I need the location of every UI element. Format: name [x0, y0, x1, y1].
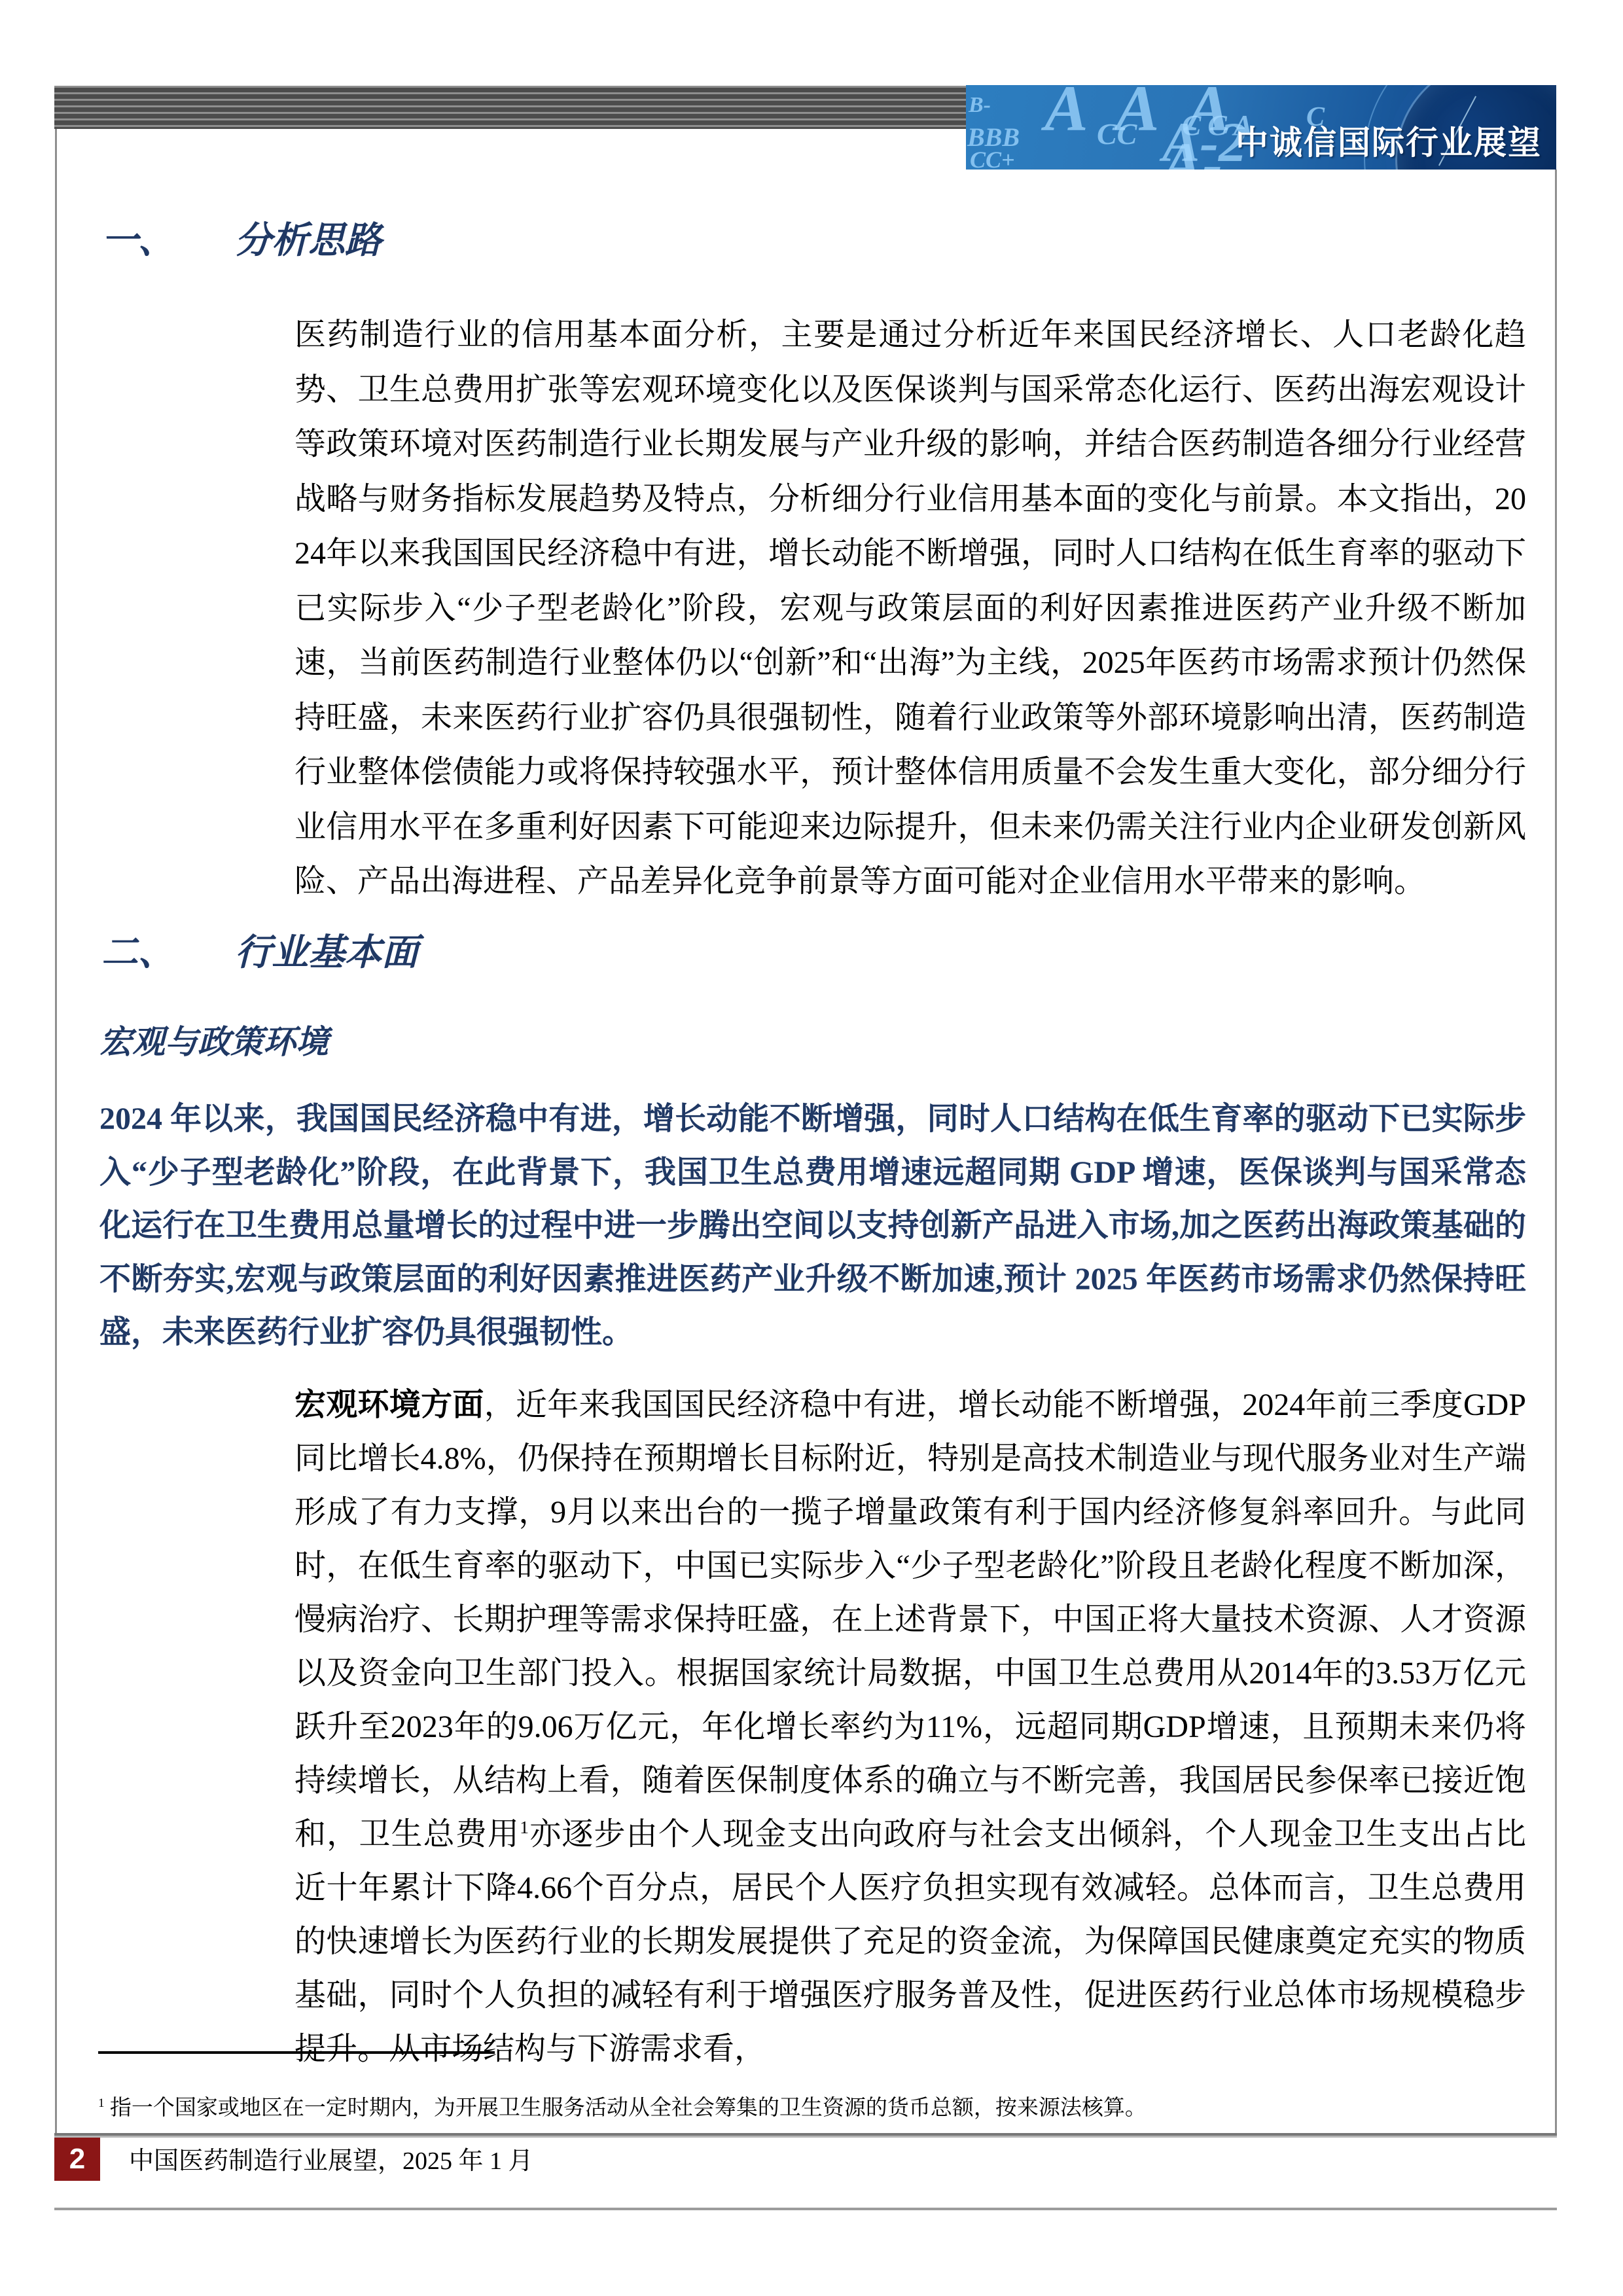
- header-banner: B- AAA CCA BBB CC A-2 C CC+ A- 中诚信国际行业展望: [966, 85, 1556, 170]
- rating-watermark: A-: [1162, 134, 1222, 170]
- footnote-separator: [98, 2051, 495, 2054]
- footer-top-rule: [54, 2133, 1557, 2138]
- footnote: 1 指一个国家或地区在一定时期内，为开展卫生服务活动从全社会筹集的卫生资源的货币…: [98, 2094, 1525, 2122]
- footnote-text: 指一个国家或地区在一定时期内，为开展卫生服务活动从全社会筹集的卫生资源的货币总额…: [105, 2096, 1147, 2120]
- section-2-heading: 二、行业基本面: [101, 932, 418, 974]
- rating-watermark: CC: [1097, 119, 1137, 149]
- rating-watermark: B-: [969, 94, 991, 117]
- summary-highlight-paragraph: 2024 年以来，我国国民经济稳中有进，增长动能不断增强，同时人口结构在低生育率…: [99, 1092, 1526, 1359]
- header-striped-bar: [54, 86, 967, 129]
- analysis-approach-paragraph: 医药制造行业的信用基本面分析，主要是通过分析近年来国民经济增长、人口老龄化趋势、…: [294, 308, 1526, 909]
- macro-policy-subheading: 宏观与政策环境: [99, 1024, 329, 1062]
- report-page: B- AAA CCA BBB CC A-2 C CC+ A- 中诚信国际行业展望…: [0, 0, 1623, 2296]
- paragraph-text: 亦逐步由个人现金支出向政府与社会支出倾斜，个人现金卫生支出占比近十年累计下降4.…: [294, 1817, 1526, 2066]
- right-margin-rule: [1555, 170, 1557, 2134]
- rating-watermark: CC+: [970, 148, 1015, 170]
- footer-bottom-rule: [54, 2208, 1557, 2210]
- section-1-number: 一、: [101, 221, 175, 261]
- left-margin-rule: [55, 129, 57, 2134]
- macro-environment-paragraph: 宏观环境方面，近年来我国国民经济稳中有进，增长动能不断增强，2024年前三季度G…: [294, 1378, 1526, 2076]
- footnote-number: 1: [98, 2096, 105, 2110]
- footnote-reference: 1: [520, 1818, 529, 1838]
- paragraph-lead-bold: 宏观环境方面: [294, 1388, 484, 1422]
- page-number-badge: 2: [54, 2138, 100, 2181]
- section-1-heading: 一、分析思路: [101, 220, 382, 262]
- section-2-title: 行业基本面: [235, 933, 418, 973]
- section-1-title: 分析思路: [235, 221, 382, 261]
- banner-title: 中诚信国际行业展望: [1236, 126, 1542, 159]
- footer-title: 中国医药制造行业展望，2025 年 1 月: [129, 2147, 533, 2177]
- paragraph-text: ，近年来我国国民经济稳中有进，增长动能不断增强，2024年前三季度GDP同比增长…: [294, 1388, 1526, 1852]
- section-2-number: 二、: [101, 933, 175, 973]
